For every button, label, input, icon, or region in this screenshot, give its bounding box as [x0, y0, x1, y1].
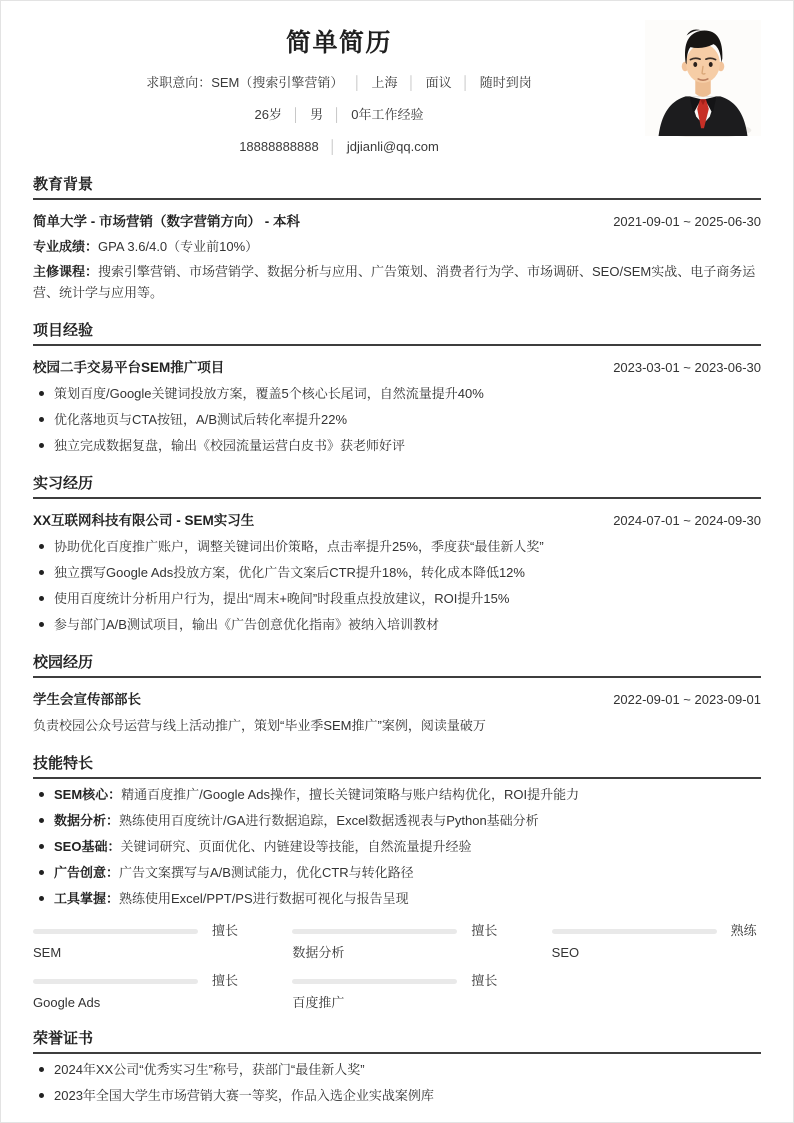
internship-bullet-text: 协助优化百度推广账户，调整关键词出价策略，点击率提升25%，季度获“最佳新人奖”	[54, 537, 544, 557]
section-internship: 实习经历 XX互联网科技有限公司 - SEM实习生 2024-07-01 ~ 2…	[33, 475, 761, 635]
gender: 男	[310, 107, 323, 122]
separator: │	[462, 75, 470, 90]
project-entry-row: 校园二手交易平台SEM推广项目 2023-03-01 ~ 2023-06-30	[33, 358, 761, 378]
project-date-range: 2023-03-01 ~ 2023-06-30	[613, 358, 761, 378]
skill-name: 百度推广	[292, 994, 501, 1011]
resume-header: 简单简历 求职意向：SEM（搜索引擎营销）│上海│面议│随时到岗 26岁│男│0…	[33, 15, 761, 157]
list-item: 协助优化百度推广账户，调整关键词出价策略，点击率提升25%，季度获“最佳新人奖”	[33, 537, 761, 557]
internship-bullet-text: 使用百度统计分析用户行为，提出“周末+晚间”时段重点投放建议，ROI提升15%	[54, 589, 509, 609]
internship-bullet-text: 独立撰写Google Ads投放方案，优化广告文案后CTR提升18%，转化成本降…	[54, 563, 525, 583]
bullet-dot	[39, 596, 44, 601]
skill-bar-sem: 擅长 SEM	[33, 925, 242, 961]
skill-bar-seo: 熟练 SEO	[552, 925, 761, 961]
skill-label: SEM核心：	[54, 787, 121, 802]
profile-photo	[645, 19, 761, 137]
courses-label: 主修课程：	[33, 264, 98, 279]
list-item: 使用百度统计分析用户行为，提出“周末+晚间”时段重点投放建议，ROI提升15%	[33, 589, 761, 609]
skill-level-label: 擅长	[212, 975, 238, 987]
internship-bullet-text: 参与部门A/B测试项目，输出《广告创意优化指南》被纳入培训教材	[54, 615, 439, 635]
email-address: jdjianli@qq.com	[347, 139, 439, 154]
list-item: 数据分析：熟练使用百度统计/GA进行数据追踪，Excel数据透视表与Python…	[33, 811, 761, 831]
skill-bar-track	[33, 979, 198, 984]
bullet-dot	[39, 870, 44, 875]
job-intent-line: 求职意向：SEM（搜索引擎营销）│上海│面议│随时到岗	[33, 72, 645, 93]
separator: │	[353, 75, 361, 90]
personal-info-line: 26岁│男│0年工作经验	[33, 104, 645, 125]
section-heading-honors: 荣誉证书	[33, 1030, 761, 1054]
list-item: 工具掌握：熟练使用Excel/PPT/PS进行数据可视化与报告呈现	[33, 889, 761, 909]
project-bullet-text: 独立完成数据复盘，输出《校园流量运营白皮书》获老师好评	[54, 436, 405, 456]
job-intent: 求职意向：SEM（搜索引擎营销）	[146, 75, 343, 90]
bullet-dot	[39, 1093, 44, 1098]
campus-date-range: 2022-09-01 ~ 2023-09-01	[613, 690, 761, 710]
campus-entry-row: 学生会宣传部部长 2022-09-01 ~ 2023-09-01	[33, 690, 761, 710]
skill-name: SEO	[552, 944, 761, 961]
list-item: 独立完成数据复盘，输出《校园流量运营白皮书》获老师好评	[33, 436, 761, 456]
age: 26岁	[255, 107, 282, 122]
list-item: 策划百度/Google关键词投放方案，覆盖5个核心长尾词，自然流量提升40%	[33, 384, 761, 404]
gpa-value: GPA 3.6/4.0（专业前10%）	[98, 239, 258, 254]
skill-text: 关键词研究、页面优化、内链建设等技能，自然流量提升经验	[120, 839, 471, 854]
section-heading-education: 教育背景	[33, 176, 761, 200]
list-item: SEO基础：关键词研究、页面优化、内链建设等技能，自然流量提升经验	[33, 837, 761, 857]
skill-name: Google Ads	[33, 994, 242, 1011]
skill-name: 数据分析	[292, 944, 501, 961]
honor-bullet-text: 2024年XX公司“优秀实习生”称号，获部门“最佳新人奖”	[54, 1060, 365, 1080]
list-item: 2023年全国大学生市场营销大赛一等奖，作品入选企业实战案例库	[33, 1086, 761, 1106]
separator: │	[333, 107, 341, 122]
section-heading-campus: 校园经历	[33, 654, 761, 678]
skill-bar-google-ads: 擅长 Google Ads	[33, 975, 242, 1011]
honor-bullet-text: 2023年全国大学生市场营销大赛一等奖，作品入选企业实战案例库	[54, 1086, 434, 1106]
internship-entry-title: XX互联网科技有限公司 - SEM实习生	[33, 511, 254, 531]
education-gpa-line: 专业成绩：GPA 3.6/4.0（专业前10%）	[33, 236, 761, 257]
education-date-range: 2021-09-01 ~ 2025-06-30	[613, 212, 761, 232]
education-entry-row: 简单大学 - 市场营销（数字营销方向） - 本科 2021-09-01 ~ 20…	[33, 212, 761, 232]
list-item: 广告创意：广告文案撰写与A/B测试能力，优化CTR与转化路径	[33, 863, 761, 883]
separator: │	[329, 139, 337, 154]
campus-entry-title: 学生会宣传部部长	[33, 690, 141, 710]
bullet-dot	[39, 570, 44, 575]
list-item: 优化落地页与CTA按钮，A/B测试后转化率提升22%	[33, 410, 761, 430]
list-item: 2024年XX公司“优秀实习生”称号，获部门“最佳新人奖”	[33, 1060, 761, 1080]
skill-level-label: 擅长	[471, 925, 497, 937]
skill-label: 数据分析：	[54, 813, 119, 828]
skill-bar-track	[33, 929, 198, 934]
skill-level-label: 熟练	[731, 925, 757, 937]
bullet-dot	[39, 544, 44, 549]
bullet-dot	[39, 844, 44, 849]
header-text-block: 简单简历 求职意向：SEM（搜索引擎营销）│上海│面议│随时到岗 26岁│男│0…	[33, 15, 645, 157]
skill-bar-track	[292, 979, 457, 984]
bullet-dot	[39, 792, 44, 797]
skill-bar-baidu: 擅长 百度推广	[292, 975, 501, 1011]
section-heading-skills: 技能特长	[33, 755, 761, 779]
education-courses-line: 主修课程：搜索引擎营销、市场营销学、数据分析与应用、广告策划、消费者行为学、市场…	[33, 261, 761, 303]
profile-photo-illustration	[645, 19, 761, 137]
separator: │	[408, 75, 416, 90]
skill-level-label: 擅长	[212, 925, 238, 937]
bullet-dot	[39, 1067, 44, 1072]
city: 上海	[372, 75, 398, 90]
phone-number: 18888888888	[239, 139, 319, 154]
skill-name: SEM	[33, 944, 242, 961]
campus-description: 负责校园公众号运营与线上活动推广，策划“毕业季SEM推广”案例，阅读量破万	[33, 716, 761, 736]
bullet-dot	[39, 417, 44, 422]
list-item: 参与部门A/B测试项目，输出《广告创意优化指南》被纳入培训教材	[33, 615, 761, 635]
separator: │	[292, 107, 300, 122]
bullet-dot	[39, 391, 44, 396]
gpa-label: 专业成绩：	[33, 239, 98, 254]
bullet-dot	[39, 443, 44, 448]
availability: 随时到岗	[480, 75, 532, 90]
section-projects: 项目经验 校园二手交易平台SEM推广项目 2023-03-01 ~ 2023-0…	[33, 322, 761, 456]
courses-value: 搜索引擎营销、市场营销学、数据分析与应用、广告策划、消费者行为学、市场调研、SE…	[33, 264, 755, 300]
section-heading-internship: 实习经历	[33, 475, 761, 499]
skill-text: 熟练使用Excel/PPT/PS进行数据可视化与报告呈现	[119, 891, 409, 906]
list-item: 独立撰写Google Ads投放方案，优化广告文案后CTR提升18%，转化成本降…	[33, 563, 761, 583]
bullet-dot	[39, 622, 44, 627]
skill-text: 精通百度推广/Google Ads操作，擅长关键词策略与账户结构优化，ROI提升…	[121, 787, 579, 802]
skill-bar-track	[552, 929, 717, 934]
internship-date-range: 2024-07-01 ~ 2024-09-30	[613, 511, 761, 531]
bullet-dot	[39, 896, 44, 901]
salary: 面议	[426, 75, 452, 90]
skill-label: SEO基础：	[54, 839, 120, 854]
project-bullet-text: 优化落地页与CTA按钮，A/B测试后转化率提升22%	[54, 410, 347, 430]
skill-level-label: 擅长	[471, 975, 497, 987]
skill-bar-track	[292, 929, 457, 934]
skill-label: 广告创意：	[54, 865, 119, 880]
experience-years: 0年工作经验	[351, 107, 423, 122]
internship-entry-row: XX互联网科技有限公司 - SEM实习生 2024-07-01 ~ 2024-0…	[33, 511, 761, 531]
section-skills: 技能特长 SEM核心：精通百度推广/Google Ads操作，擅长关键词策略与账…	[33, 755, 761, 1011]
project-entry-title: 校园二手交易平台SEM推广项目	[33, 358, 224, 378]
page-title: 简单简历	[33, 25, 645, 61]
skill-text: 熟练使用百度统计/GA进行数据追踪，Excel数据透视表与Python基础分析	[119, 813, 539, 828]
contact-line: 18888888888│jdjianli@qq.com	[33, 136, 645, 157]
education-entry-title: 简单大学 - 市场营销（数字营销方向） - 本科	[33, 212, 300, 232]
section-education: 教育背景 简单大学 - 市场营销（数字营销方向） - 本科 2021-09-01…	[33, 176, 761, 303]
skill-bar-data-analysis: 擅长 数据分析	[292, 925, 501, 961]
bullet-dot	[39, 818, 44, 823]
project-bullet-text: 策划百度/Google关键词投放方案，覆盖5个核心长尾词，自然流量提升40%	[54, 384, 484, 404]
section-campus: 校园经历 学生会宣传部部长 2022-09-01 ~ 2023-09-01 负责…	[33, 654, 761, 736]
skill-bars-grid: 擅长 SEM 擅长 数据分析 熟练 SEO 擅长 Google Ads 擅长 百…	[33, 925, 761, 1011]
section-heading-projects: 项目经验	[33, 322, 761, 346]
section-honors: 荣誉证书 2024年XX公司“优秀实习生”称号，获部门“最佳新人奖” 2023年…	[33, 1030, 761, 1106]
skill-text: 广告文案撰写与A/B测试能力，优化CTR与转化路径	[119, 865, 414, 880]
list-item: SEM核心：精通百度推广/Google Ads操作，擅长关键词策略与账户结构优化…	[33, 785, 761, 805]
resume-page: 简单简历 求职意向：SEM（搜索引擎营销）│上海│面议│随时到岗 26岁│男│0…	[0, 0, 794, 1123]
skill-label: 工具掌握：	[54, 891, 119, 906]
